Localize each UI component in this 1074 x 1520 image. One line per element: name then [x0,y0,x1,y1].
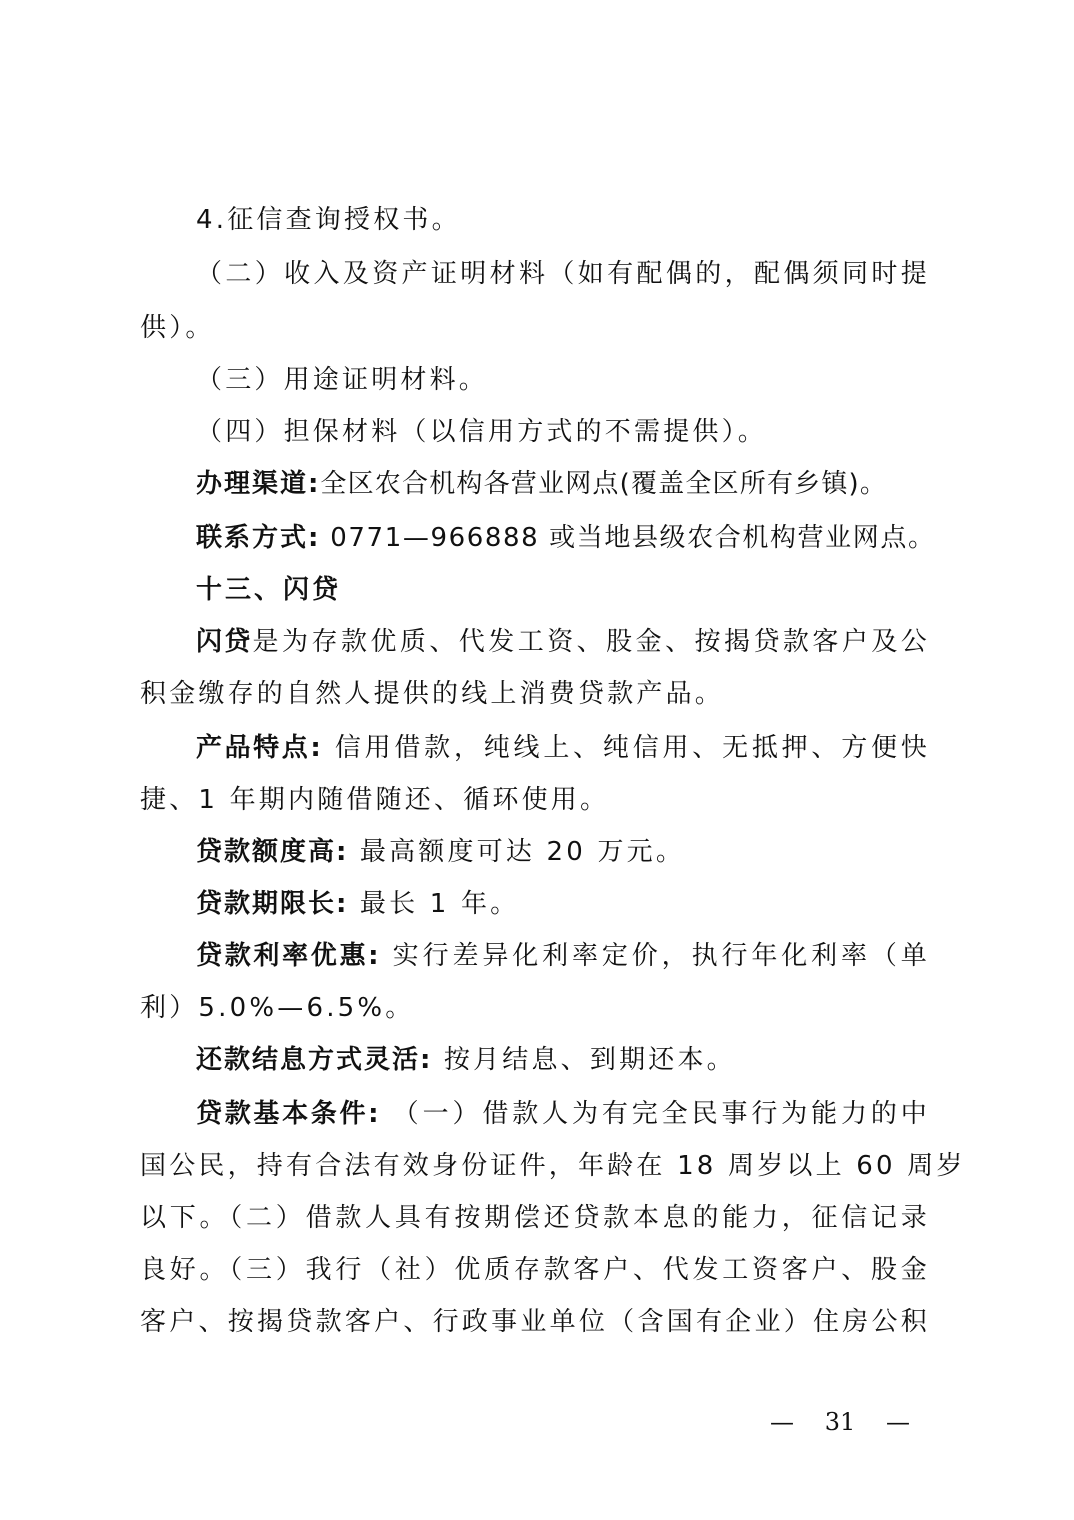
paragraph-channel: 办理渠道:全区农合机构各营业网点(覆盖全区所有乡镇)。 [196,466,930,502]
paragraph-text: 利）5.0%—6.5%。 [140,993,415,1023]
paragraph-text: 国公民，持有合法有效身份证件，年龄在 18 周岁以上 60 周岁 [140,1151,966,1181]
paragraph-interest-rate-cont: 利）5.0%—6.5%。 [140,990,930,1026]
paragraph-text: （三）用途证明材料。 [196,365,488,395]
field-label: 贷款额度高: [196,837,348,867]
paragraph-intro: 闪贷是为存款优质、代发工资、股金、按揭贷款客户及公 [196,624,930,660]
heading-text: 十三、闪贷 [196,575,341,605]
paragraph-loan-term: 贷款期限长: 最长 1 年。 [196,886,930,922]
paragraph-text: 最高额度可达 20 万元。 [348,837,685,867]
product-name: 闪贷 [196,627,253,657]
paragraph-text: 供）。 [140,313,215,343]
paragraph-purpose-materials: （三）用途证明材料。 [196,362,930,398]
field-label: 联系方式: [196,523,320,553]
paragraph-income-materials-cont: 供）。 [140,310,930,346]
field-label: 办理渠道: [196,469,320,499]
dash-right: — [886,1406,910,1438]
field-label: 产品特点: [196,733,323,763]
paragraph-conditions-cont: 以下。（二）借款人具有按期偿还贷款本息的能力，征信记录 [140,1200,930,1236]
dash-left: — [770,1406,794,1438]
paragraph-text: 以下。（二）借款人具有按期偿还贷款本息的能力，征信记录 [140,1203,930,1233]
paragraph-text: 捷、1 年期内随借随还、循环使用。 [140,785,609,815]
page-number: 31 [825,1406,856,1438]
paragraph-conditions-cont: 国公民，持有合法有效身份证件，年龄在 18 周岁以上 60 周岁 [140,1148,930,1184]
paragraph-text: 最长 1 年。 [348,889,519,919]
paragraph-contact: 联系方式: 0771—966888 或当地县级农合机构营业网点。 [196,520,930,556]
field-label: 贷款期限长: [196,889,348,919]
paragraph-income-materials: （二）收入及资产证明材料（如有配偶的，配偶须同时提 [196,256,930,292]
field-label: 贷款利率优惠: [196,941,381,971]
paragraph-conditions: 贷款基本条件: （一）借款人为有完全民事行为能力的中 [196,1096,930,1132]
field-label: 贷款基本条件: [196,1099,381,1129]
section-heading: 十三、闪贷 [196,572,930,608]
paragraph-text: 0771—966888 或当地县级农合机构营业网点。 [320,523,935,553]
paragraph-conditions-cont: 良好。（三）我行（社）优质存款客户、代发工资客户、股金 [140,1252,930,1288]
paragraph-text: 实行差异化利率定价，执行年化利率（单 [381,941,930,971]
list-item-credit-authorization: 4.征信查询授权书。 [196,202,930,238]
paragraph-features-cont: 捷、1 年期内随借随还、循环使用。 [140,782,930,818]
paragraph-text: 是为存款优质、代发工资、股金、按揭贷款客户及公 [253,627,930,657]
paragraph-text: 客户、按揭贷款客户、行政事业单位（含国有企业）住房公积 [140,1307,930,1337]
paragraph-text: （四）担保材料（以信用方式的不需提供）。 [196,417,767,447]
paragraph-loan-amount: 贷款额度高: 最高额度可达 20 万元。 [196,834,930,870]
paragraph-intro-cont: 积金缴存的自然人提供的线上消费贷款产品。 [140,676,930,712]
paragraph-text: 信用借款，纯线上、纯信用、无抵押、方便快 [323,733,930,763]
paragraph-text: （二）收入及资产证明材料（如有配偶的，配偶须同时提 [196,259,930,289]
page-footer: — 31 — [770,1406,910,1438]
paragraph-text: （一）借款人为有完全民事行为能力的中 [381,1099,930,1129]
paragraph-interest-rate: 贷款利率优惠: 实行差异化利率定价，执行年化利率（单 [196,938,930,974]
paragraph-text: 4.征信查询授权书。 [196,205,461,235]
paragraph-repayment: 还款结息方式灵活: 按月结息、到期还本。 [196,1042,930,1078]
paragraph-conditions-cont: 客户、按揭贷款客户、行政事业单位（含国有企业）住房公积 [140,1304,930,1340]
paragraph-guarantee-materials: （四）担保材料（以信用方式的不需提供）。 [196,414,930,450]
paragraph-text: 积金缴存的自然人提供的线上消费贷款产品。 [140,679,724,709]
paragraph-text: 良好。（三）我行（社）优质存款客户、代发工资客户、股金 [140,1255,930,1285]
field-label: 还款结息方式灵活: [196,1045,432,1075]
paragraph-text: 按月结息、到期还本。 [432,1045,735,1075]
paragraph-text: 全区农合机构各营业网点(覆盖全区所有乡镇)。 [320,469,887,499]
paragraph-features: 产品特点: 信用借款，纯线上、纯信用、无抵押、方便快 [196,730,930,766]
document-page: 4.征信查询授权书。 （二）收入及资产证明材料（如有配偶的，配偶须同时提 供）。… [0,0,1074,1520]
